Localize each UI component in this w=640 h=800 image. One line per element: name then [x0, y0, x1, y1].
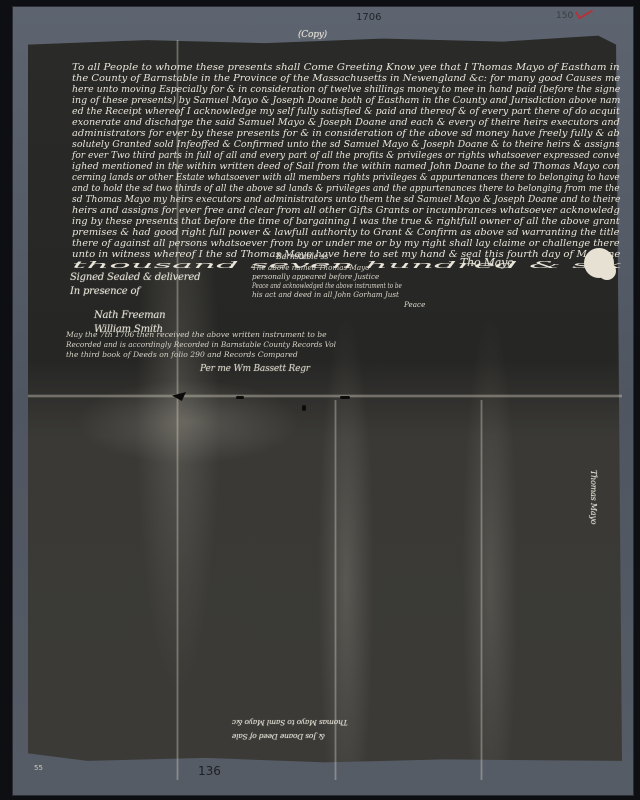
deed-line: cerning lands or other Estate whatsoever… [72, 172, 620, 183]
deed-line: for ever Two third parts in full of all … [72, 150, 620, 161]
ack-heading: Barnstable ss [276, 252, 328, 261]
ack-line: Peace [404, 300, 425, 309]
pencil-number: 150 [556, 11, 573, 21]
docket-header: (Copy) [298, 30, 327, 40]
ack-line: The above named Thomas Mayo [252, 263, 370, 272]
deed-line: ing by these presents that before the ti… [72, 216, 620, 227]
ink-blot [340, 396, 350, 399]
deed-line: premises & had good right full power & l… [72, 227, 620, 238]
signed-sealed-label: Signed Sealed & delivered [70, 272, 200, 283]
deed-line: solutely Granted sold Infeoffed & Confir… [72, 139, 620, 150]
deed-line: and to hold the sd two thirds of all the… [72, 183, 620, 194]
side-docket: Thomas Mayo [589, 470, 598, 524]
deed-line: ed the Receipt whereof I acknowledge my … [72, 106, 620, 117]
pencil-year: 1706 [356, 12, 381, 23]
witness-1: Nath Freeman [94, 310, 165, 321]
deed-line: administrators for ever by these present… [72, 128, 620, 139]
registry-line: Recorded and is accordingly Recorded in … [66, 340, 336, 349]
registrar-signature: Per me Wm Bassett Regr [200, 364, 310, 374]
ack-line: Peace and acknowledged the above instrum… [252, 281, 402, 290]
deed-line: ing of these presents) by Samuel Mayo & … [72, 95, 620, 106]
back-docket-line-2: & Jos Doane Deed of Sale [232, 732, 325, 741]
grantor-signature: Tho Mayo [460, 256, 514, 269]
ack-line: his act and deed in all John Gorham Just [252, 290, 399, 299]
back-docket-line-1: Thomas Mayo to Saml Mayo &c [232, 718, 348, 727]
deed-line: here unto moving Especially for & in con… [72, 84, 620, 95]
deed-line: sd Thomas Mayo my heirs executors and ad… [72, 194, 620, 205]
deed-line: exonerate and discharge the said Samuel … [72, 117, 620, 128]
ink-blot [236, 396, 244, 399]
deed-line: heirs and assigns for ever free and clea… [72, 205, 620, 216]
wax-seal [584, 248, 614, 278]
vertical-fold-line-3 [480, 400, 483, 780]
corner-number: 55 [34, 764, 43, 772]
deed-line: the County of Barnstable in the Province… [72, 73, 620, 84]
ink-blot [302, 405, 306, 411]
in-presence-label: In presence of [70, 286, 140, 297]
deed-line: there of against all persons whatsoever … [72, 238, 620, 249]
folio-number: 136 [198, 764, 221, 778]
ack-line: personally appeared before Justice [252, 272, 379, 281]
deed-line: unto in witness whereof I the sd Thomas … [72, 249, 620, 260]
registry-line: the third book of Deeds on folio 290 and… [66, 350, 298, 359]
horizontal-fold-line [28, 394, 622, 398]
deed-line: ighed mentioned in the within written de… [72, 161, 620, 172]
registry-line: May the 7th 1706 then received the above… [66, 330, 327, 339]
deed-line: To all People to whome these presents sh… [72, 62, 620, 73]
